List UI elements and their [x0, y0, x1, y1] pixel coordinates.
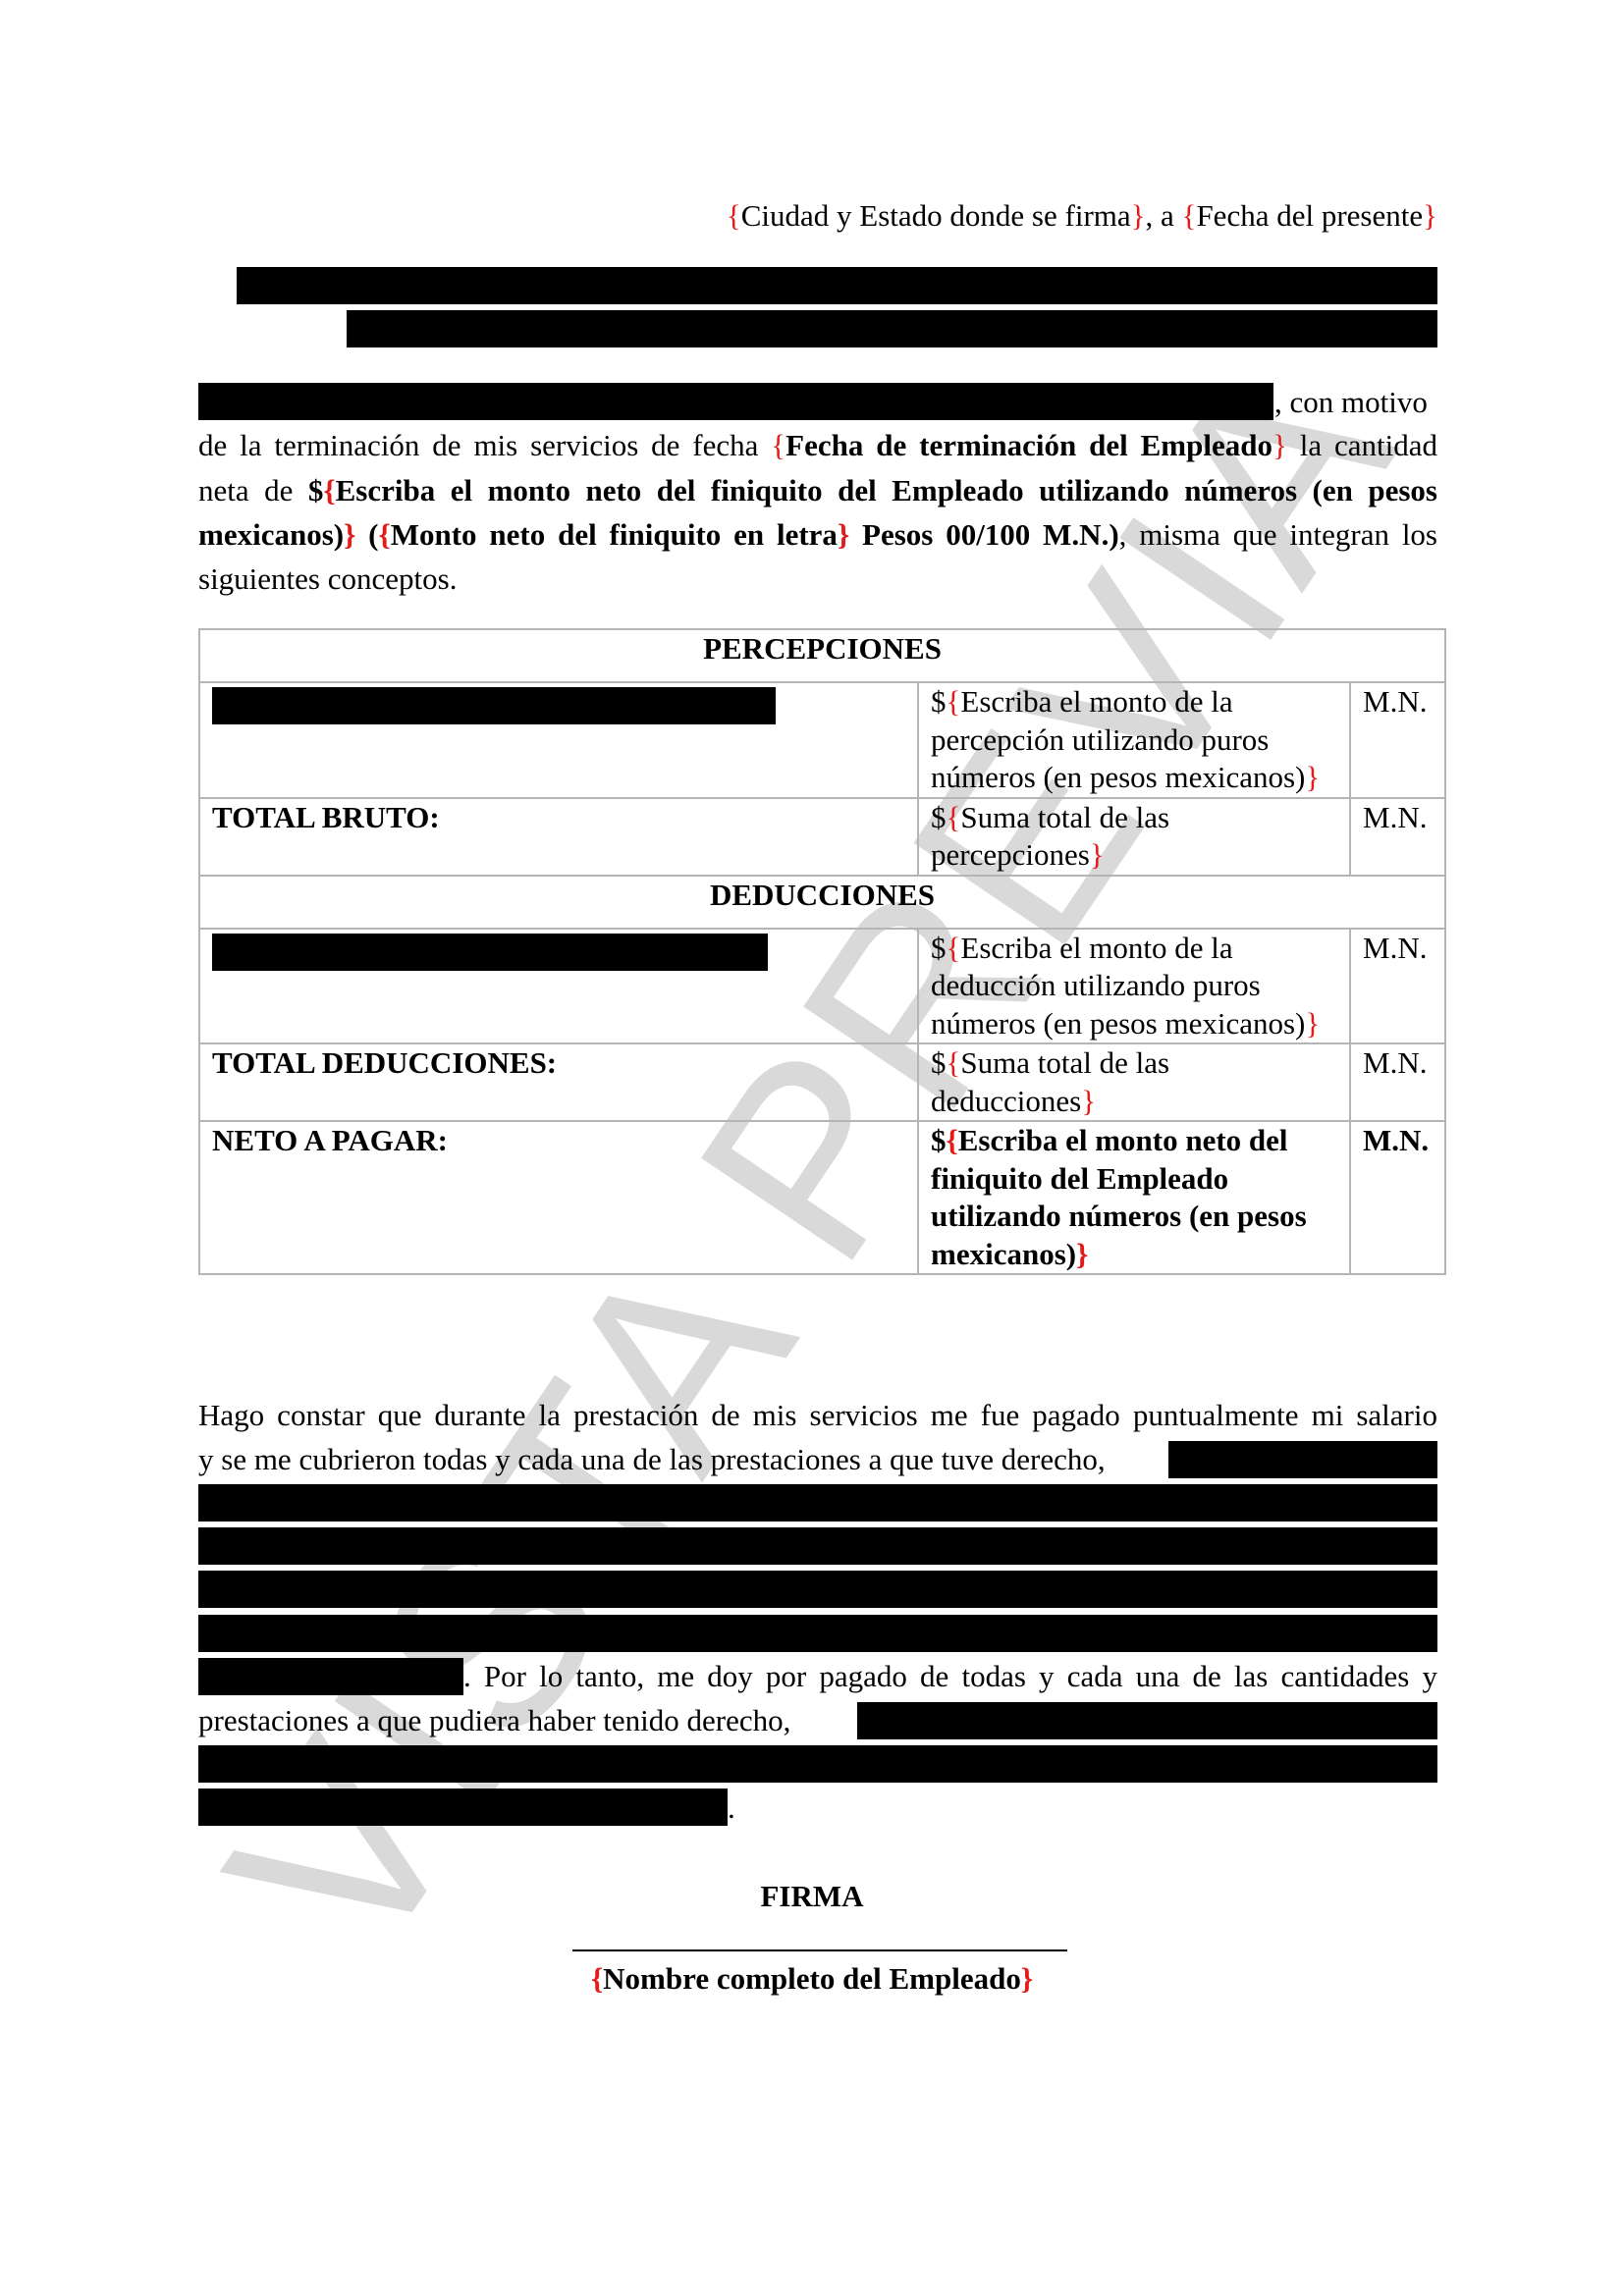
deduction-currency-cell: M.N.	[1350, 929, 1445, 1044]
intro-paragraph: neta de ${Escriba el monto neto del fini…	[198, 468, 1437, 601]
document-page: VISTA PREVIA {Ciudad y Estado donde se f…	[0, 0, 1624, 2296]
deduction-concept-cell	[199, 929, 918, 1044]
total-deductions-label: TOTAL DEDUCCIONES:	[199, 1043, 918, 1121]
total-gross-label: TOTAL BRUTO:	[199, 798, 918, 876]
date-placeholder[interactable]: Fecha del presente	[1196, 198, 1423, 233]
amount-words-placeholder[interactable]: Monto neto del finiquito en letra	[391, 517, 838, 552]
closing-line2: y se me cubrieron todas y cada una de la…	[198, 1438, 1106, 1481]
redacted-block	[198, 1484, 1437, 1522]
signature-label: FIRMA	[0, 1875, 1624, 1918]
closing-end: .	[728, 1787, 735, 1830]
redacted-block	[212, 687, 776, 724]
perception-amount-cell[interactable]: ${Escriba el monto de la percepción util…	[918, 682, 1350, 798]
perception-currency-cell: M.N.	[1350, 682, 1445, 798]
employee-name-line: {Nombre completo del Empleado}	[0, 1957, 1624, 2001]
net-pay-amount-cell[interactable]: ${Escriba el monto neto del finiquito de…	[918, 1121, 1350, 1274]
total-gross-amount-cell[interactable]: ${Suma total de las percepciones}	[918, 798, 1350, 876]
closing-line1: Hago constar que durante la prestación d…	[198, 1394, 1437, 1437]
table-row: ${Escriba el monto de la deducción utili…	[199, 929, 1445, 1044]
table-row: PERCEPCIONES	[199, 629, 1445, 682]
redacted-block	[198, 383, 1273, 420]
total-gross-currency-cell: M.N.	[1350, 798, 1445, 876]
table-row: DEDUCCIONES	[199, 876, 1445, 929]
redacted-block	[198, 1527, 1437, 1565]
city-state-placeholder[interactable]: Ciudad y Estado donde se firma	[741, 198, 1131, 233]
closing-line7: . Por lo tanto, me doy por pagado de tod…	[463, 1655, 1437, 1698]
redacted-block	[857, 1702, 1437, 1739]
termination-date-placeholder[interactable]: Fecha de terminación del Empleado	[785, 428, 1272, 462]
redacted-block	[237, 267, 1437, 304]
concepts-table: PERCEPCIONES ${Escriba el monto de la pe…	[198, 628, 1446, 1275]
employee-name-placeholder[interactable]: Nombre completo del Empleado	[603, 1961, 1021, 1996]
redacted-block	[198, 1615, 1437, 1652]
redacted-block	[212, 934, 768, 971]
perceptions-header: PERCEPCIONES	[199, 629, 1445, 682]
total-deductions-amount-cell[interactable]: ${Suma total de las deducciones}	[918, 1043, 1350, 1121]
intro-line1-tail: , con motivo	[1274, 381, 1428, 424]
redacted-block	[198, 1745, 1437, 1783]
perception-concept-cell	[199, 682, 918, 798]
table-row: TOTAL DEDUCCIONES: ${Suma total de las d…	[199, 1043, 1445, 1121]
deduction-amount-cell[interactable]: ${Escriba el monto de la deducción utili…	[918, 929, 1350, 1044]
redacted-block	[347, 310, 1437, 347]
redacted-block	[198, 1789, 728, 1826]
signature-line[interactable]	[572, 1949, 1067, 1951]
redacted-block	[198, 1658, 463, 1695]
table-row: ${Escriba el monto de la percepción util…	[199, 682, 1445, 798]
net-pay-label: NETO A PAGAR:	[199, 1121, 918, 1274]
table-row: NETO A PAGAR: ${Escriba el monto neto de…	[199, 1121, 1445, 1274]
net-pay-currency-cell: M.N.	[1350, 1121, 1445, 1274]
brace-open: {	[727, 198, 741, 233]
intro-line2: de la terminación de mis servicios de fe…	[198, 424, 1437, 467]
redacted-block	[1168, 1441, 1437, 1478]
total-deductions-currency-cell: M.N.	[1350, 1043, 1445, 1121]
closing-line8: prestaciones a que pudiera haber tenido …	[198, 1699, 790, 1742]
table-row: TOTAL BRUTO: ${Suma total de las percepc…	[199, 798, 1445, 876]
place-date-line: {Ciudad y Estado donde se firma}, a {Fec…	[727, 194, 1437, 238]
redacted-block	[198, 1571, 1437, 1608]
deductions-header: DEDUCCIONES	[199, 876, 1445, 929]
